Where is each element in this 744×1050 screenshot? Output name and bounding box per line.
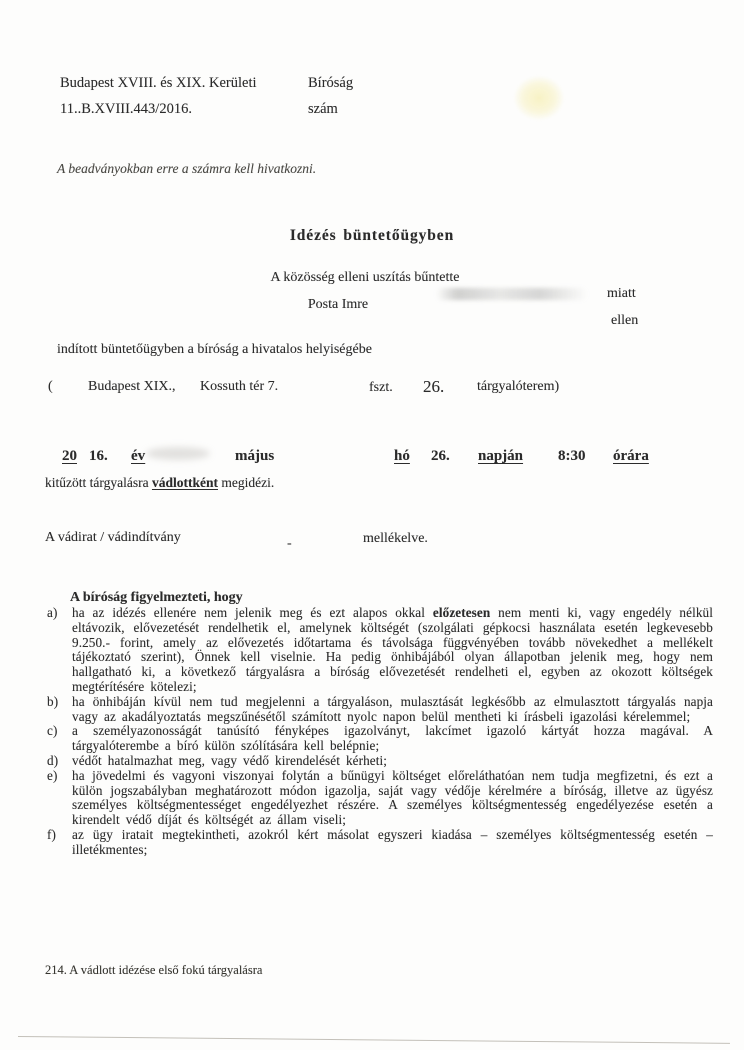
date-year: 16.: [89, 448, 108, 465]
form-footer-label: 214. A vádlott idézése első fokú tárgyal…: [45, 963, 262, 978]
defendant-suffix: ellen: [611, 313, 638, 329]
charge-suffix: miatt: [607, 286, 636, 302]
summons-emphasis: vádlottként: [152, 475, 218, 490]
scanned-court-summons-page: Budapest XVIII. és XIX. Kerületi 11..B.X…: [0, 0, 744, 1050]
case-number: 11..B.XVIII.443/2016.: [60, 96, 257, 122]
warning-item-a: a) ha az idézés ellenére nem jelenik meg…: [45, 606, 713, 695]
summons-post: megidézi.: [218, 475, 274, 490]
warning-text-b: ha önhibáján kívül nem tud megjelenni a …: [72, 694, 713, 724]
summons-line: kitűzött tárgyalásra vádlottként megidéz…: [45, 475, 274, 491]
faint-smudge: [146, 447, 210, 460]
reference-note: A beadványokban erre a számra kell hivat…: [57, 161, 316, 177]
warning-marker-a: a): [47, 606, 57, 621]
warning-text-a: ha az idézés ellenére nem jelenik meg és…: [72, 605, 713, 694]
date-year-label: év: [131, 448, 145, 465]
warning-bold-a: előzetesen: [433, 605, 490, 620]
charge-line: A közösség elleni uszítás bűntette: [271, 270, 460, 286]
proceeding-line: indított büntetőügyben a bíróság a hivat…: [57, 342, 372, 358]
courtroom-label: tárgyalóterem): [477, 379, 559, 395]
court-name: Budapest XVIII. és XIX. Kerületi: [60, 70, 257, 96]
warning-marker-e: e): [47, 769, 57, 784]
warning-item-f: f) az ügy iratait megtekintheti, azokról…: [45, 828, 713, 858]
warning-marker-d: d): [47, 754, 58, 769]
warning-marker-b: b): [47, 695, 58, 710]
indictment-dash: -: [287, 536, 292, 552]
courtroom-number: 26.: [423, 377, 444, 397]
location-city: Budapest XIX.,: [88, 379, 176, 395]
indictment-suffix: mellékelve.: [363, 531, 428, 547]
indictment-label: A vádirat / vádindítvány: [45, 530, 181, 546]
warning-text-c: a személyazonosságát tanúsító fényképes …: [72, 723, 713, 753]
warning-item-b: b) ha önhibáján kívül nem tud megjelenni…: [45, 695, 713, 725]
court-label: Bíróság: [308, 70, 353, 96]
location-floor: fszt.: [369, 380, 393, 396]
defendant-name: Posta Imre: [308, 297, 368, 313]
header-right-column: Bíróság szám: [308, 70, 353, 122]
date-month-label: hó: [394, 448, 410, 465]
location-open-paren: (: [48, 379, 53, 395]
warning-text-e: ha jövedelmi és vagyoni viszonyai folytá…: [72, 768, 713, 827]
hearing-time: 8:30: [558, 448, 586, 465]
time-label: órára: [613, 448, 649, 465]
warning-text-d: védőt hatalmazhat meg, vagy védő kirende…: [72, 753, 387, 768]
warning-marker-f: f): [47, 828, 56, 843]
warning-item-c: c) a személyazonosságát tanúsító fénykép…: [45, 724, 713, 754]
location-address: Kossuth tér 7.: [200, 379, 278, 395]
case-number-label: szám: [308, 96, 353, 122]
warning-marker-c: c): [47, 724, 57, 739]
warning-item-d: d) védőt hatalmazhat meg, vagy védő kire…: [45, 754, 713, 769]
paper-stain: [514, 76, 564, 120]
erased-text-smudge: [436, 288, 588, 300]
warning-text-f: az ügy iratait megtekintheti, azokról ké…: [72, 827, 713, 857]
date-century: 20: [62, 448, 77, 465]
warnings-heading: A bíróság figyelmezteti, hogy: [70, 590, 243, 606]
date-month: május: [235, 448, 274, 465]
scan-paper-edge: [18, 1036, 730, 1044]
warnings-list: a) ha az idézés ellenére nem jelenik meg…: [45, 606, 713, 858]
summons-pre: kitűzött tárgyalásra: [45, 475, 152, 490]
date-day-label: napján: [478, 448, 523, 465]
document-title: Idézés büntetőügyben: [0, 227, 744, 245]
header-left-column: Budapest XVIII. és XIX. Kerületi 11..B.X…: [60, 70, 257, 122]
warning-item-e: e) ha jövedelmi és vagyoni viszonyai fol…: [45, 769, 713, 828]
date-day: 26.: [431, 448, 450, 465]
